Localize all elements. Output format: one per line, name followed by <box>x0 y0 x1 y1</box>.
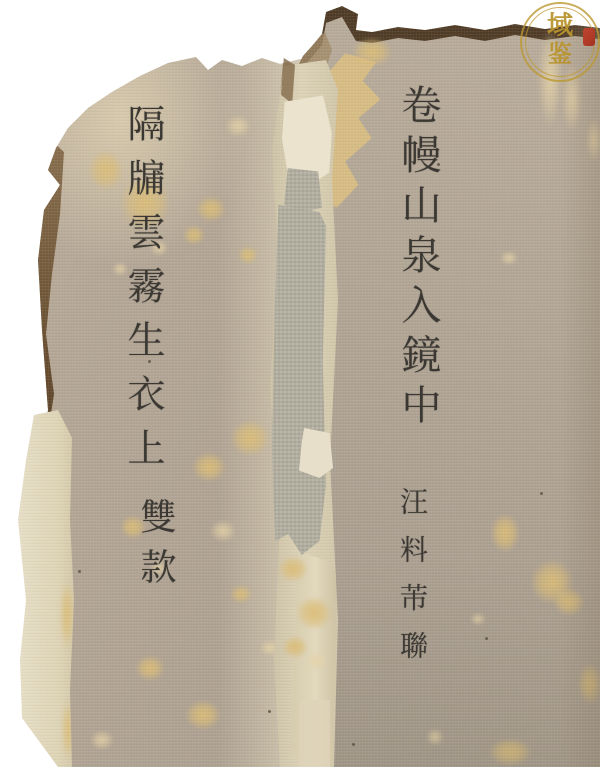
stain-blob <box>135 655 165 681</box>
stain-blob <box>225 115 251 137</box>
calligraphy-column-right-signature: 汪料芾聯 <box>392 487 432 679</box>
stain-blob <box>352 37 392 67</box>
watermark-seal-icon <box>583 28 595 46</box>
repair-tape-main <box>272 205 326 555</box>
stain-blob <box>60 580 74 650</box>
spine-white-patch <box>299 428 333 478</box>
paper-speck <box>36 365 39 368</box>
paper-speck <box>268 710 271 713</box>
stain-blob <box>192 452 226 482</box>
stain-blob <box>282 636 308 658</box>
calligraphy-column-right-main: 卷幔山泉入鏡中 <box>390 84 447 434</box>
paper-speck <box>540 492 543 495</box>
stain-blob <box>278 556 308 582</box>
paper-speck <box>78 570 81 573</box>
watermark-logo: 域 鉴 <box>520 2 600 82</box>
calligraphy-column-left-annotation: 雙款 <box>130 498 181 598</box>
stain-blob <box>230 585 252 603</box>
photo-canvas: 隔牖雲霧生衣上 雙款 卷幔山泉入鏡中 汪料芾聯 域 鉴 <box>0 0 600 767</box>
stain-blob <box>500 251 518 265</box>
paper-speck <box>352 743 355 746</box>
spine-lower-strip-2 <box>300 700 330 767</box>
stain-blob <box>490 513 520 553</box>
spine-white-piece <box>281 95 334 181</box>
stain-blob <box>90 730 114 750</box>
stain-blob <box>183 225 205 245</box>
stain-blob <box>238 246 258 264</box>
repair-tape-small <box>284 168 322 212</box>
watermark-character-top: 域 <box>547 13 573 39</box>
paper-speck <box>485 637 488 640</box>
stain-blob <box>306 652 328 670</box>
stain-blob <box>296 596 332 630</box>
stain-blob <box>185 700 221 730</box>
watermark-character-bottom: 鉴 <box>548 42 572 66</box>
stain-blob <box>210 520 236 542</box>
stain-blob <box>230 420 270 456</box>
paper-flap-left <box>18 410 78 767</box>
calligraphy-column-left-main: 隔牖雲霧生衣上 <box>116 104 171 482</box>
stain-blob <box>196 196 226 222</box>
